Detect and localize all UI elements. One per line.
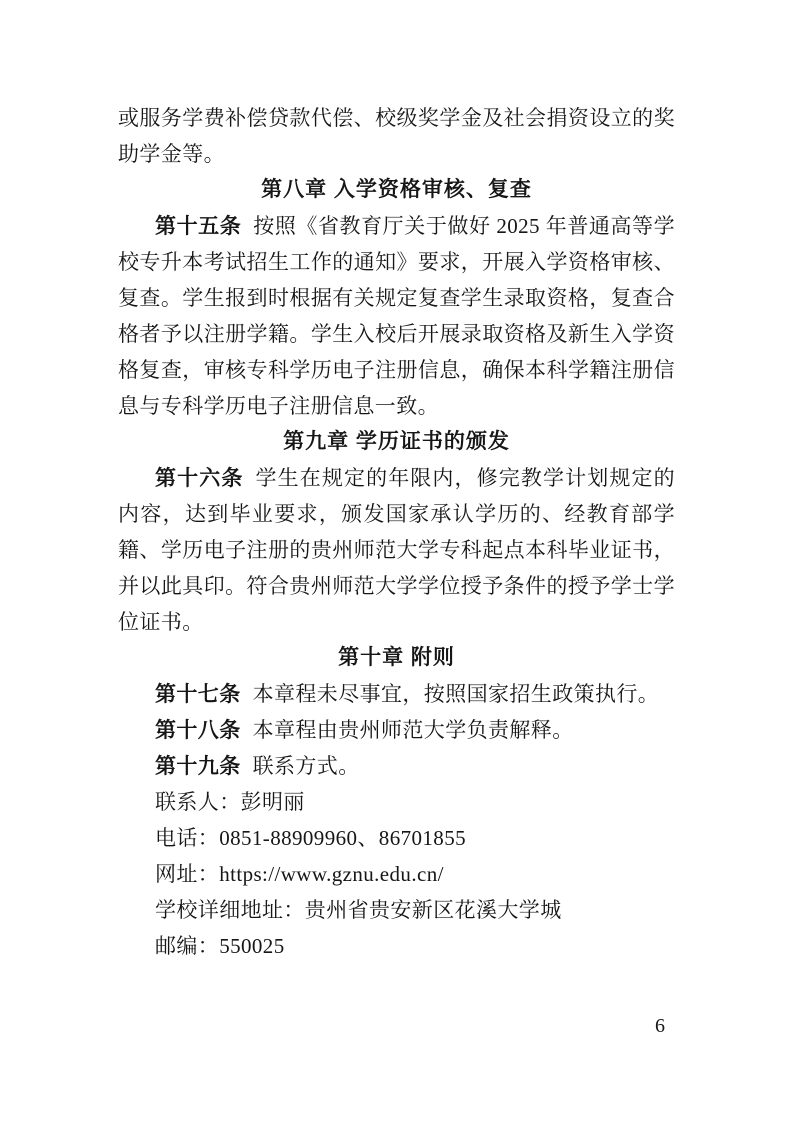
contact-address-line: 学校详细地址：贵州省贵安新区花溪大学城	[118, 892, 675, 928]
contact-person-line: 联系人：彭明丽	[118, 784, 675, 820]
contact-postcode-line: 邮编：550025	[118, 928, 675, 964]
continuation-paragraph: 或服务学费补偿贷款代偿、校级奖学金及社会捐资设立的奖助学金等。	[118, 100, 675, 172]
article-15: 第十五条按照《省教育厅关于做好 2025 年普通高等学校专升本考试招生工作的通知…	[118, 208, 675, 424]
article-16: 第十六条学生在规定的年限内，修完教学计划规定的内容，达到毕业要求，颁发国家承认学…	[118, 460, 675, 640]
article-19-text: 联系方式。	[253, 754, 360, 778]
article-19: 第十九条联系方式。	[118, 748, 675, 784]
contact-phone-line: 电话：0851-88909960、86701855	[118, 820, 675, 856]
article-16-text: 学生在规定的年限内，修完教学计划规定的内容，达到毕业要求，颁发国家承认学历的、经…	[118, 466, 675, 634]
article-15-label: 第十五条	[155, 214, 241, 238]
article-18: 第十八条本章程由贵州师范大学负责解释。	[118, 712, 675, 748]
document-page: 或服务学费补偿贷款代偿、校级奖学金及社会捐资设立的奖助学金等。 第八章 入学资格…	[0, 0, 792, 1122]
article-17-label: 第十七条	[155, 682, 241, 706]
contact-website-line: 网址：https://www.gznu.edu.cn/	[118, 856, 675, 892]
article-16-label: 第十六条	[155, 466, 243, 490]
chapter-9-heading: 第九章 学历证书的颁发	[118, 424, 675, 460]
article-19-label: 第十九条	[155, 754, 241, 778]
article-18-text: 本章程由贵州师范大学负责解释。	[253, 718, 574, 742]
chapter-8-heading: 第八章 入学资格审核、复查	[118, 172, 675, 208]
page-number: 6	[655, 1012, 665, 1040]
article-15-text: 按照《省教育厅关于做好 2025 年普通高等学校专升本考试招生工作的通知》要求，…	[118, 214, 675, 418]
article-17-text: 本章程未尽事宜，按照国家招生政策执行。	[253, 682, 660, 706]
chapter-10-heading: 第十章 附则	[118, 640, 675, 676]
article-17: 第十七条本章程未尽事宜，按照国家招生政策执行。	[118, 676, 675, 712]
article-18-label: 第十八条	[155, 718, 241, 742]
